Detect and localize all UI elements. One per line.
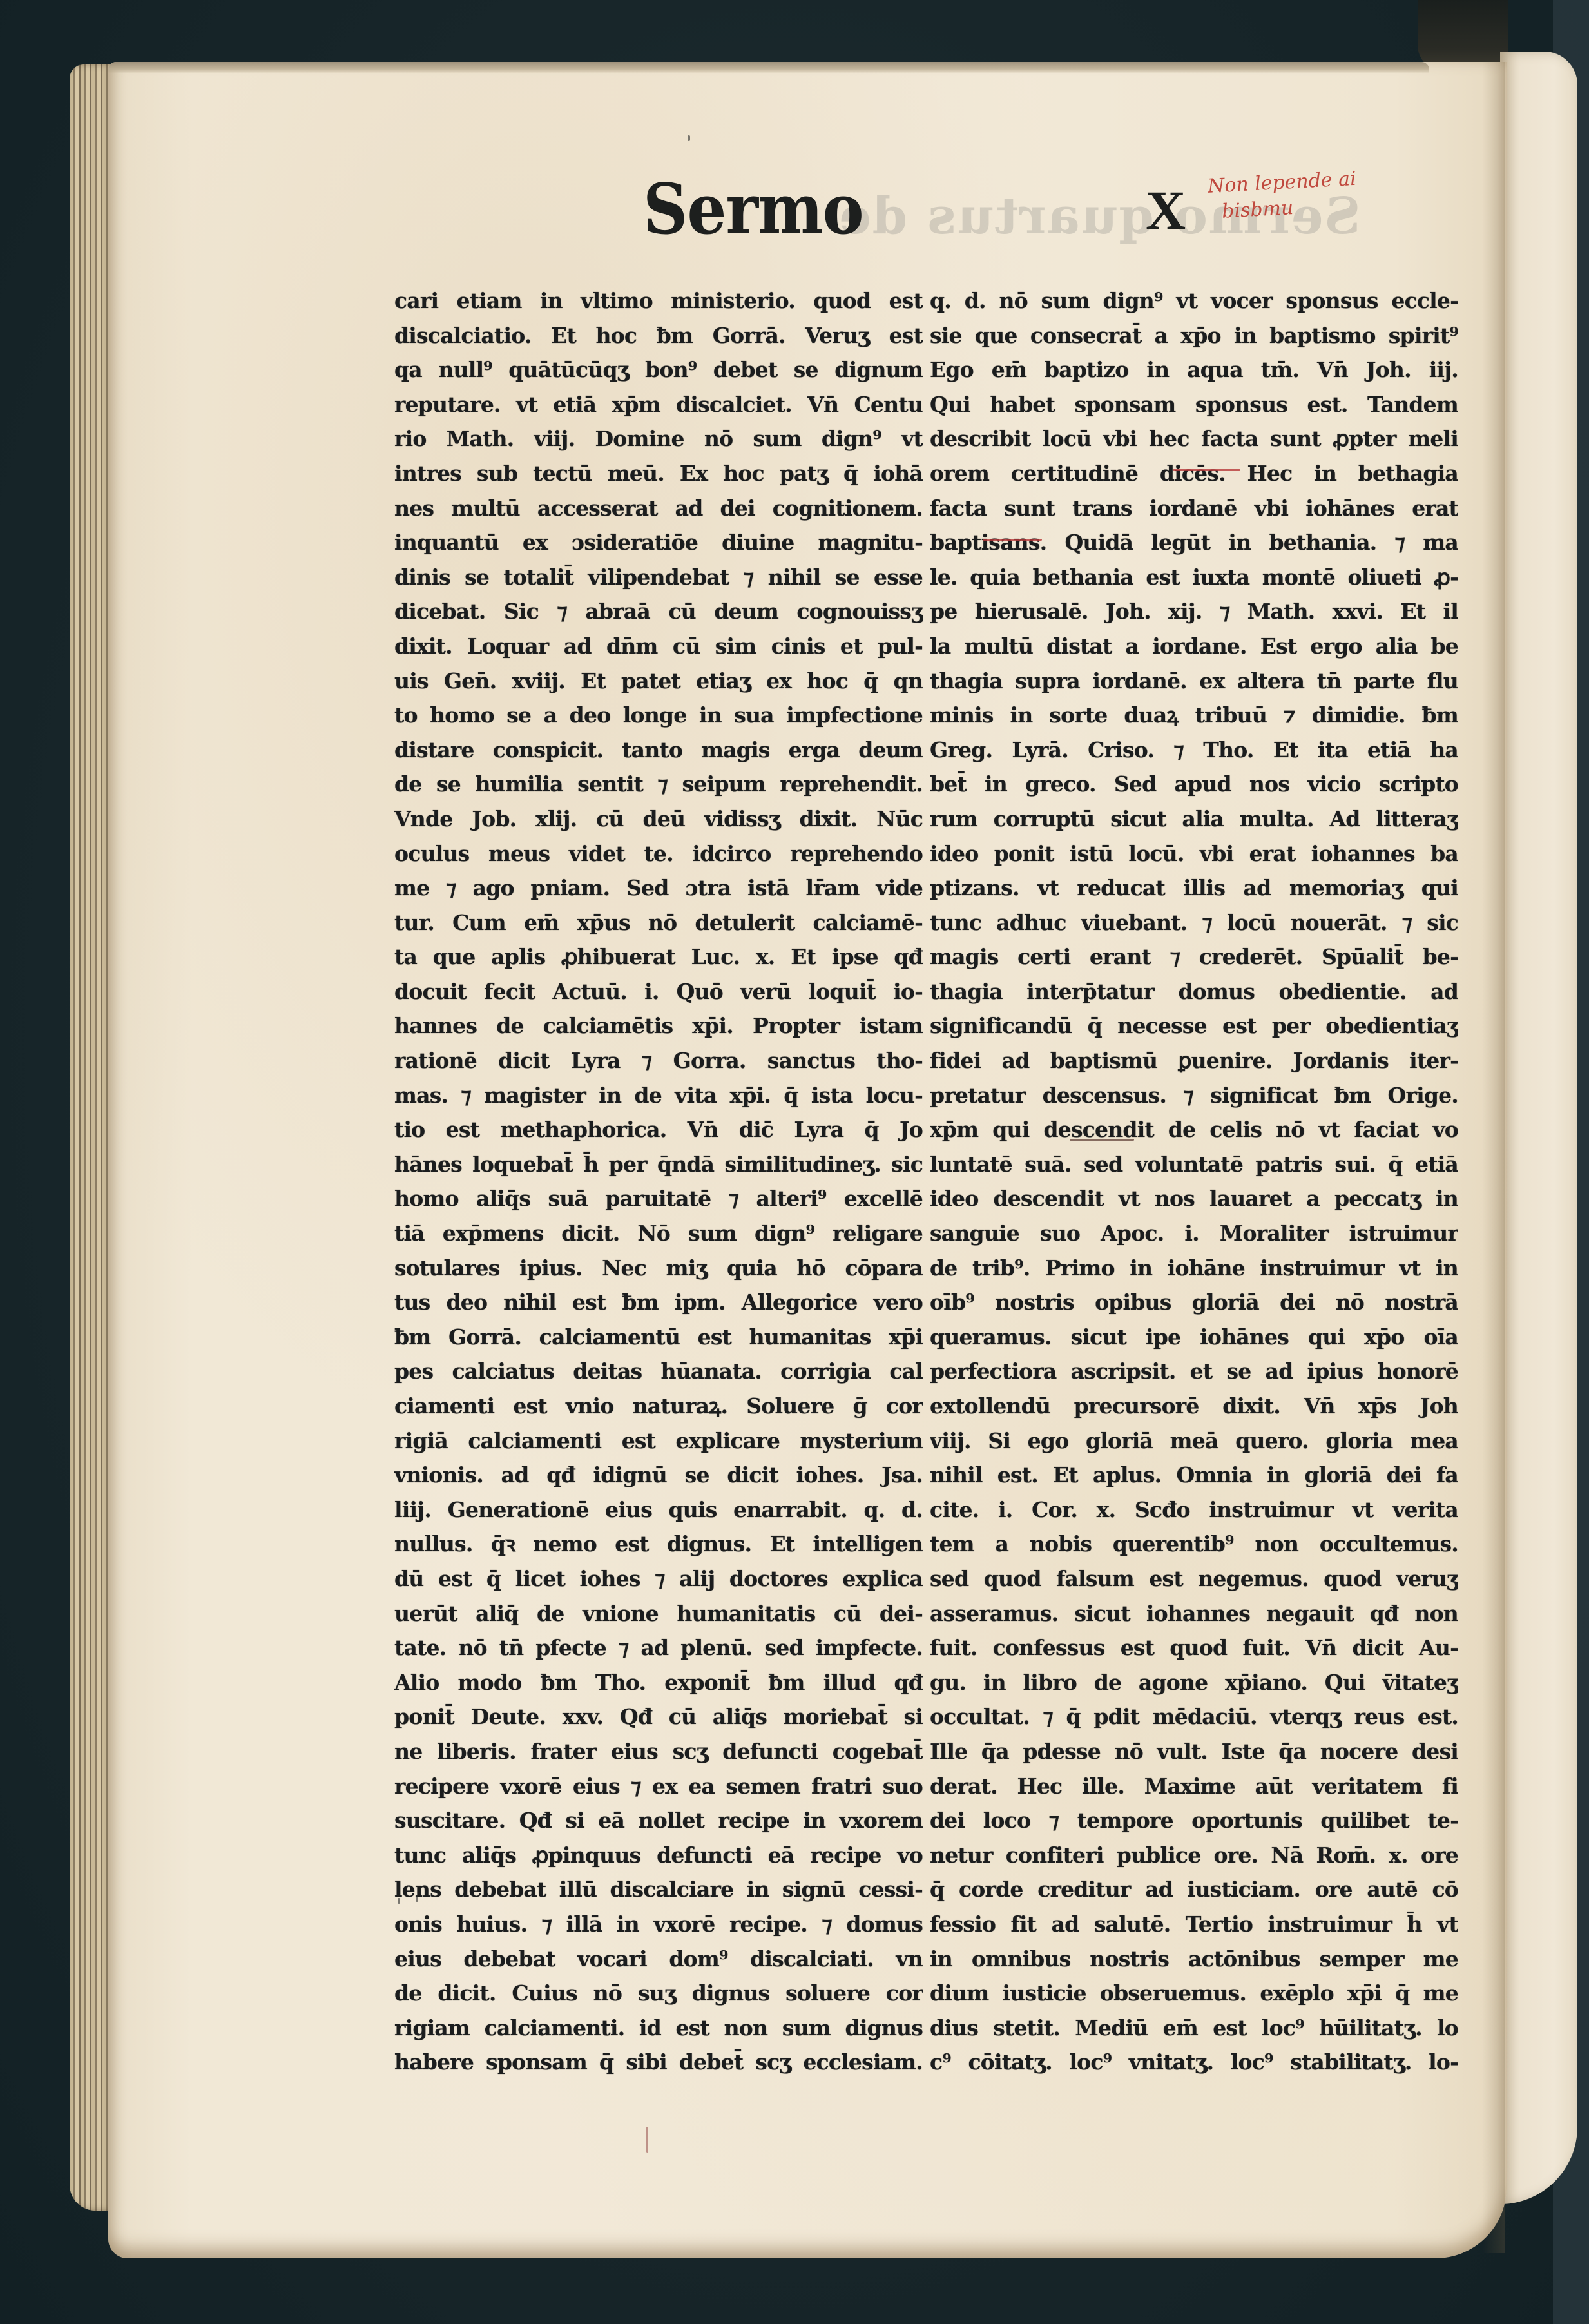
ink-speck (416, 1896, 418, 1902)
text-line: rum corruptū sicut alia multa. Ad litter… (930, 802, 1458, 837)
text-line: uerūt aliq̄ de vnione humanitatis cū dei… (394, 1596, 923, 1631)
text-line: ta que aplis ꝓhibuerat Luc. x. Et ipse q… (394, 940, 923, 974)
facing-page-curl (1500, 52, 1577, 2204)
text-line: rationē dicit Lyra ⁊ Gorra. sanctus tho- (394, 1043, 923, 1078)
text-line: perfectiora ascripsit. et se ad ipius ho… (930, 1354, 1458, 1389)
text-line: habere sponsam q̄ sibi debet̄ scʒ eccles… (394, 2045, 923, 2080)
text-line: nes multū accesserat ad dei cognitionem. (394, 491, 923, 526)
text-line: magis certi erant ⁊ crederēt. Spūalit̄ b… (930, 940, 1458, 974)
text-line: docuit fecit Actuū. i. Quō verū loquit̄ … (394, 974, 923, 1009)
text-line: pretatur descensus. ⁊ significat ƀm Orig… (930, 1078, 1458, 1113)
text-line: liij. Generationē eius quis enarrabit. q… (394, 1493, 923, 1527)
text-line: nullus. q̄ꝛ nemo est dignus. Et intellig… (394, 1527, 923, 1562)
text-line: oīb⁹ nostris opibus gloriā dei nō nostrā (930, 1285, 1458, 1320)
text-line: dium iusticie obseruemus. exēplo xp̄i q̄… (930, 1976, 1458, 2011)
text-line: c⁹ cōitatʒ. loc⁹ vnitatʒ. loc⁹ stabilita… (930, 2045, 1458, 2080)
text-line: rigiam calciamenti. id est non sum dignu… (394, 2011, 923, 2046)
text-line: extollendū precursorē dixit. Vn̄ xp̄s Jo… (930, 1389, 1458, 1424)
text-line: eius debebat vocari dom⁹ discalciati. vn (394, 1942, 923, 1977)
text-line: derat. Hec ille. Maxime aūt veritatem fi (930, 1769, 1458, 1804)
text-column-right: q. d. nō sum dign⁹ vt vocer sponsus eccl… (930, 284, 1458, 2080)
text-line: thagia supra iordanē. ex altera tn̄ part… (930, 664, 1458, 699)
text-line: ptizans. vt reducat illis ad memoriaʒ qu… (930, 871, 1458, 905)
text-line: ponit̄ Deute. xxv. Qđ cū aliq̄s moriebat… (394, 1699, 923, 1734)
text-line: sotulares ipius. Nec miʒ quia hō cōpara (394, 1251, 923, 1286)
text-line: uis Gen̄. xviij. Et patet etiaʒ ex hoc q… (394, 664, 923, 699)
text-line: pes calciatus deitas hūanata. corrigia c… (394, 1354, 923, 1389)
text-line: sed quod falsum est negemus. quod veruʒ (930, 1562, 1458, 1596)
text-line: de trib⁹. Primo in iohāne instruimur vt … (930, 1251, 1458, 1286)
text-line: tus deo nihil est ƀm ipm. Allegorice ver… (394, 1285, 923, 1320)
text-line: Ego em̄ baptizo in aqua tm̄. Vn̄ Joh. ii… (930, 353, 1458, 387)
text-line: orem certitudinē dicēs. Hec in bethagia (930, 456, 1458, 491)
text-line: describit locū vbi hec facta sunt ꝓpter … (930, 421, 1458, 456)
text-column-left: cari etiam in vltimo ministerio. quod es… (394, 284, 923, 2080)
text-line: qa null⁹ quātūcūqʒ bon⁹ debet se dignum (394, 353, 923, 387)
text-line: dei loco ⁊ tempore oportunis quilibet te… (930, 1803, 1458, 1838)
text-line: hannes de calciamētis xp̄i. Propter ista… (394, 1009, 923, 1043)
text-line: significandū q̄ necesse est per obedient… (930, 1009, 1458, 1043)
ink-stain (646, 2127, 648, 2153)
text-line: fessio fit ad salutē. Tertio instruimur … (930, 1907, 1458, 1942)
text-line: inquantū ex ɔsideratiōe diuine magnitu- (394, 525, 923, 560)
text-line: de se humilia sentit ⁊ seipum reprehendi… (394, 767, 923, 802)
text-line: le. quia bethania est iuxta montē oliuet… (930, 560, 1458, 595)
text-line: oculus meus videt te. idcirco reprehendo (394, 837, 923, 871)
text-line: fidei ad baptismū ꝑuenire. Jordanis iter… (930, 1043, 1458, 1078)
red-underline-mark (1173, 469, 1240, 471)
text-line: sie que consecrat̄ a xp̄o in baptismo sp… (930, 318, 1458, 353)
text-line: xp̄m qui descendit de celis nō vt faciat… (930, 1112, 1458, 1147)
text-line: vnionis. ad qđ idignū se dicit iohes. Js… (394, 1458, 923, 1493)
page-top-edge (108, 62, 1429, 73)
text-line: suscitare. Qđ si eā nollet recipe in vxo… (394, 1803, 923, 1838)
text-line: me ⁊ ago pniam. Sed ɔtra istā lr̄am vide (394, 871, 923, 905)
text-line: netur confiteri publice ore. Nā Rom̄. x.… (930, 1838, 1458, 1873)
text-line: tur. Cum em̄ xp̄us nō detulerit calciamē… (394, 905, 923, 940)
text-line: tunc aliq̄s ꝓpinquus defuncti eā recipe … (394, 1838, 923, 1873)
text-line: dicebat. Sic ⁊ abraā cū deum cognouissʒ (394, 594, 923, 629)
text-line: homo aliq̄s suā paruitatē ⁊ alteri⁹ exce… (394, 1181, 923, 1216)
text-line: ciamenti est vnio naturaꝝ. Soluere ḡ cor (394, 1389, 923, 1424)
red-underline-mark (1070, 1139, 1134, 1141)
text-line: discalciatio. Et hoc ƀm Gorrā. Veruʒ est (394, 318, 923, 353)
text-line: ne liberis. frater eius scʒ defuncti cog… (394, 1734, 923, 1769)
text-line: asseramus. sicut iohannes negauit qđ non (930, 1596, 1458, 1631)
text-line: luntatē suā. sed voluntatē patris sui. q… (930, 1147, 1458, 1182)
text-line: to homo se a deo longe in sua impfection… (394, 698, 923, 733)
text-line: gu. in libro de agone xp̄iano. Qui v̄ita… (930, 1665, 1458, 1700)
ink-speck (1343, 1892, 1346, 1897)
text-line: Qui habet sponsam sponsus est. Tandem (930, 387, 1458, 422)
text-line: cari etiam in vltimo ministerio. quod es… (394, 284, 923, 318)
text-line: in omnibus nostris actōnibus semper me (930, 1942, 1458, 1977)
text-line: lens debebat illū discalciare in signū c… (394, 1872, 923, 1907)
text-line: cite. i. Cor. x. Scđo instruimur vt veri… (930, 1493, 1458, 1527)
gutter-shadow (1482, 62, 1505, 2253)
text-line: ƀm Gorrā. calciamentū est humanitas xp̄i (394, 1320, 923, 1355)
text-line: nihil est. Et aplus. Omnia in gloriā dei… (930, 1458, 1458, 1493)
text-line: onis huius. ⁊ illā in vxorē recipe. ⁊ do… (394, 1907, 923, 1942)
text-line: Ille q̄a pdesse nō vult. Iste q̄a nocere… (930, 1734, 1458, 1769)
text-line: viij. Si ego gloriā meā quero. gloria me… (930, 1424, 1458, 1458)
text-line: Vnde Job. xlij. cū deū vidissʒ dixit. Nū… (394, 802, 923, 837)
text-line: tio est methaphorica. Vn̄ dic̄ Lyra q̄ J… (394, 1112, 923, 1147)
ink-speck (688, 135, 690, 141)
text-line: hānes loquebat̄ h̄ per q̄ndā similitudin… (394, 1147, 923, 1182)
text-line: tate. nō tn̄ pfecte ⁊ ad plenū. sed impf… (394, 1631, 923, 1665)
text-line: rio Math. viij. Domine nō sum dign⁹ vt (394, 421, 923, 456)
text-line: ideo ponit istū locū. vbi erat iohannes … (930, 837, 1458, 871)
text-line: la multū distat a iordane. Est ergo alia… (930, 629, 1458, 664)
text-line: dinis se totalit̄ vilipendebat ⁊ nihil s… (394, 560, 923, 595)
text-line: q̄ corde creditur ad iusticiam. ore autē… (930, 1872, 1458, 1907)
text-line: distare conspicit. tanto magis erga deum (394, 733, 923, 768)
text-line: q. d. nō sum dign⁹ vt vocer sponsus eccl… (930, 284, 1458, 318)
text-line: dixit. Loquar ad dn̄m cū sim cinis et pu… (394, 629, 923, 664)
text-line: tiā exp̄mens dicit. Nō sum dign⁹ religar… (394, 1216, 923, 1251)
text-line: queramus. sicut ipe iohānes qui xp̄o oīa (930, 1320, 1458, 1355)
text-line: sanguie suo Apoc. i. Moraliter istruimur (930, 1216, 1458, 1251)
text-line: recipere vxorē eius ⁊ ex ea semen fratri… (394, 1769, 923, 1804)
ink-speck (398, 1898, 400, 1904)
text-line: dū est q̄ licet iohes ⁊ alij doctores ex… (394, 1562, 923, 1596)
text-line: reputare. vt etiā xp̄m discalciet. Vn̄ C… (394, 387, 923, 422)
text-line: occultat. ⁊ q̄ pdit mēdaciū. vterqʒ reus… (930, 1699, 1458, 1734)
text-line: fuit. confessus est quod fuit. Vn̄ dicit… (930, 1631, 1458, 1665)
text-line: thagia interp̄tatur domus obedientie. ad (930, 974, 1458, 1009)
text-line: pe hierusalē. Joh. xij. ⁊ Math. xxvi. Et… (930, 594, 1458, 629)
text-line: Alio modo ƀm Tho. exponit̄ ƀm illud qđ (394, 1665, 923, 1700)
red-underline-mark (983, 539, 1042, 541)
text-line: bet̄ in greco. Sed apud nos vicio script… (930, 767, 1458, 802)
folio-number: X (1146, 178, 1186, 242)
text-line: rigiā calciamenti est explicare mysteriu… (394, 1424, 923, 1458)
text-line: Greg. Lyrā. Criso. ⁊ Tho. Et ita etiā ha (930, 733, 1458, 768)
text-line: tunc adhuc viuebant. ⁊ locū nouerāt. ⁊ s… (930, 905, 1458, 940)
text-line: baptisans. Quidā legūt in bethania. ⁊ ma (930, 525, 1458, 560)
text-line: tem a nobis querentib⁹ non occultemus. (930, 1527, 1458, 1562)
text-line: facta sunt trans iordanē vbi iohānes era… (930, 491, 1458, 526)
text-line: de dicit. Cuius nō suʒ dignus soluere co… (394, 1976, 923, 2011)
running-head: Sermo (643, 168, 863, 250)
text-line: minis in sorte duaꝝ tribuū ⁊ dimidie. ƀm (930, 698, 1458, 733)
text-line: intres sub tectū meū. Ex hoc patʒ q̄ ioh… (394, 456, 923, 491)
text-line: ideo descendit vt nos lauaret a peccatʒ … (930, 1181, 1458, 1216)
text-line: mas. ⁊ magister in de vita xp̄i. q̄ ista… (394, 1078, 923, 1113)
handwritten-margin-note: Non lepende ai bisbmu (1207, 164, 1403, 226)
book-cover-edge (1418, 0, 1508, 71)
text-line: dius stetit. Mediū em̄ est loc⁹ hūilitat… (930, 2011, 1458, 2046)
